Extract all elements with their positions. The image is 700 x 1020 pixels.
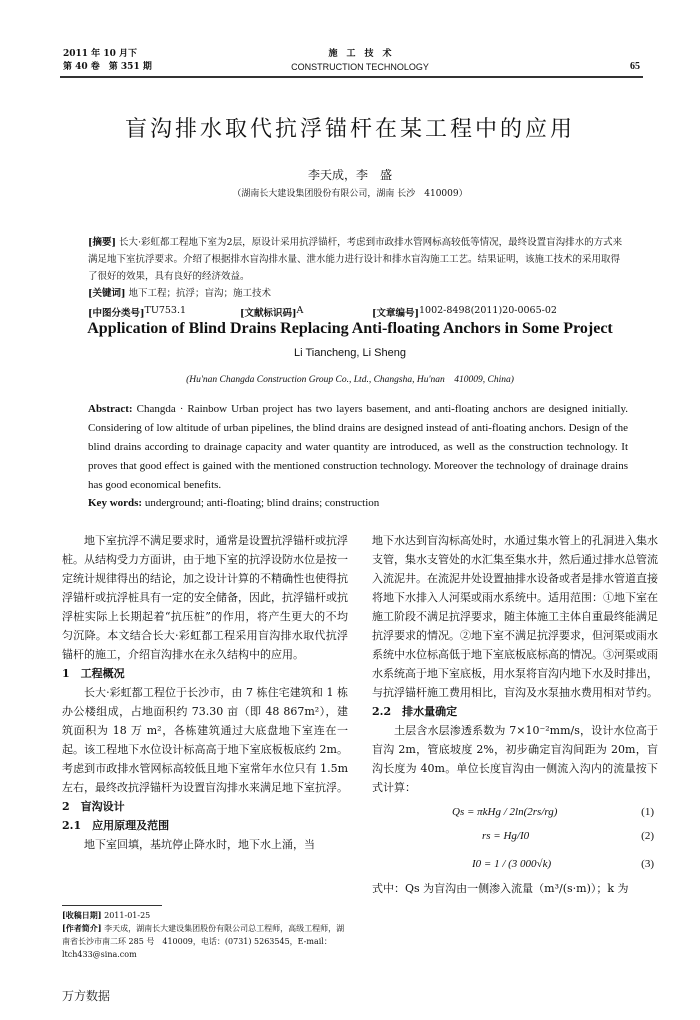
doc-code-label: [文献标识码] — [240, 308, 297, 319]
affiliation-cn: （湖南长大建设集团股份有限公司，湖南 长沙 410009） — [0, 186, 700, 199]
keywords-en-label: Key words: — [88, 497, 142, 509]
author-bio-label: [作者简介] — [62, 923, 102, 933]
author-bio: 李天成，湖南长大建设集团股份有限公司总工程师，高级工程师，湖南省长沙市南二环 2… — [62, 924, 344, 959]
journal-name-en: CONSTRUCTION TECHNOLOGY — [240, 61, 480, 74]
section-2-1-paragraph-start: 地下室回填，基坑停止降水时，地下水上涌，当 — [62, 835, 348, 854]
clc-value: TU753.1 — [145, 305, 187, 316]
body-column-right: 地下水达到盲沟标高处时，水通过集水管上的孔洞进入集水支管，集水支管处的水汇集至集… — [372, 531, 658, 898]
section-1-heading: 1 工程概况 — [62, 664, 348, 683]
equation-2-expr: rs = Hg/I0 — [482, 827, 529, 846]
abstract-cn: [摘要] 长大·彩虹都工程地下室为2层，原设计采用抗浮锚杆，考虑到市政排水管网标… — [88, 234, 628, 302]
equation-1: Qs = πkHg / 2ln(2rs/rg) (1) — [372, 797, 658, 827]
section-2-heading: 2 盲沟设计 — [62, 797, 348, 816]
section-1-paragraph: 长大·彩虹都工程位于长沙市，由 7 栋住宅建筑和 1 栋办公楼组成，占地面积约 … — [62, 683, 348, 797]
doc-code-value: A — [297, 305, 304, 316]
wanfang-watermark: 万方数据 — [62, 987, 110, 1004]
abstract-en: Abstract: Changda · Rainbow Urban projec… — [88, 400, 628, 495]
abstract-cn-label: [摘要] — [88, 237, 116, 248]
received-date: 2011-01-25 — [104, 911, 150, 920]
abstract-en-text: Changda · Rainbow Urban project has two … — [88, 403, 628, 491]
article-no-label: [文章编号] — [372, 308, 419, 319]
equation-2-number: (2) — [641, 827, 654, 846]
section-2-2-paragraph: 土层含水层渗透系数为 7×10⁻²mm/s，设计水位高于盲沟 2m，管底坡度 2… — [372, 721, 658, 797]
clc-label: [中图分类号] — [88, 308, 145, 319]
section-2-1-heading: 2.1 应用原理及范围 — [62, 816, 348, 835]
header-rule — [60, 76, 643, 78]
page-number: 65 — [630, 61, 640, 72]
header-date: 2011 年 10 月下 — [63, 48, 152, 61]
body-column-left: 地下室抗浮不满足要求时，通常是设置抗浮锚杆或抗浮桩。从结构受力方面讲，由于地下室… — [62, 531, 348, 854]
section-2-2-heading: 2.2 排水量确定 — [372, 702, 658, 721]
received-label: [收稿日期] — [62, 910, 102, 920]
footnote: [收稿日期] 2011-01-25 [作者简介] 李天成，湖南长大建设集团股份有… — [62, 909, 352, 961]
abstract-cn-text: 长大·彩虹都工程地下室为2层，原设计采用抗浮锚杆，考虑到市政排水管网标高较低等情… — [88, 237, 622, 282]
keywords-cn-label: [关键词] — [88, 288, 126, 299]
authors-cn: 李天成，李 盛 — [0, 166, 700, 183]
header-journal: 施 工 技 术 CONSTRUCTION TECHNOLOGY — [240, 48, 480, 74]
equation-3-expr: I0 = 1 / (3 000√k) — [472, 849, 551, 879]
authors-en: Li Tiancheng, Li Sheng — [0, 347, 700, 359]
paper-title-en: Application of Blind Drains Replacing An… — [0, 320, 700, 338]
equation-1-number: (1) — [641, 797, 654, 827]
header-issue-info: 2011 年 10 月下 第 40 卷 第 351 期 — [63, 48, 152, 74]
keywords-cn: 地下工程；抗浮；盲沟；施工技术 — [129, 288, 272, 299]
journal-name-cn: 施 工 技 术 — [240, 48, 480, 61]
equation-3-number: (3) — [641, 849, 654, 879]
paper-title-cn: 盲沟排水取代抗浮锚杆在某工程中的应用 — [0, 112, 700, 143]
abstract-en-label: Abstract: — [88, 403, 133, 415]
affiliation-en: (Hu'nan Changda Construction Group Co., … — [0, 371, 700, 385]
keywords-en: underground; anti-floating; blind drains… — [145, 497, 379, 509]
header-volume: 第 40 卷 第 351 期 — [63, 61, 152, 74]
footnote-rule — [62, 905, 162, 906]
section-2-1-paragraph-cont: 地下水达到盲沟标高处时，水通过集水管上的孔洞进入集水支管，集水支管处的水汇集至集… — [372, 531, 658, 702]
equation-variables-text: 式中：Qs 为盲沟由一侧渗入流量（m³/(s·m)）；k 为 — [372, 879, 658, 898]
article-no-value: 1002-8498(2011)20-0065-02 — [419, 305, 557, 316]
intro-paragraph: 地下室抗浮不满足要求时，通常是设置抗浮锚杆或抗浮桩。从结构受力方面讲，由于地下室… — [62, 531, 348, 664]
equation-1-expr: Qs = πkHg / 2ln(2rs/rg) — [452, 797, 557, 827]
equation-2: rs = Hg/I0 (2) — [372, 827, 658, 849]
equation-3: I0 = 1 / (3 000√k) (3) — [372, 849, 658, 879]
keywords-en-row: Key words: underground; anti-floating; b… — [88, 497, 628, 509]
